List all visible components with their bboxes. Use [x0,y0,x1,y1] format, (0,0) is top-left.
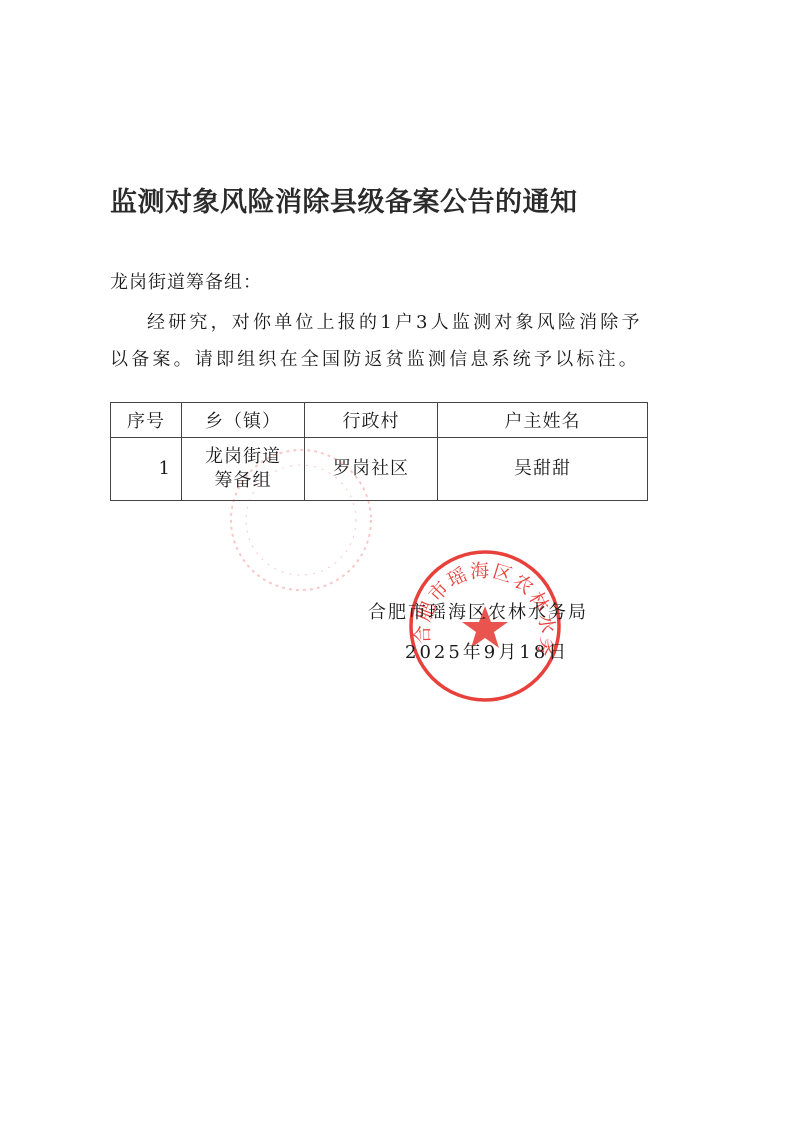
issuing-authority: 合肥市瑶海区农林水务局 [368,598,588,624]
header-index: 序号 [111,403,182,438]
official-seal-icon: 合肥市瑶海区农林水务局 [407,548,563,704]
document-title: 监测对象风险消除县级备案公告的通知 [110,180,670,219]
header-village: 行政村 [305,403,438,438]
cell-town: 龙岗街道 筹备组 [182,438,305,501]
issue-date: 2025年9月18日 [405,638,569,664]
body-paragraph-line-1: 经研究，对你单位上报的1户3人监测对象风险消除予 [147,308,643,334]
addressee: 龙岗街道筹备组： [110,268,262,294]
cell-village: 罗岗社区 [305,438,438,501]
header-town: 乡（镇） [182,403,305,438]
cell-town-line-2: 筹备组 [182,469,304,493]
cell-town-line-1: 龙岗街道 [182,445,304,469]
body-paragraph-line-2: 以备案。请即组织在全国防返贫监测信息系统予以标注。 [110,345,640,371]
table-row: 1 龙岗街道 筹备组 罗岗社区 吴甜甜 [111,438,648,501]
cell-householder: 吴甜甜 [438,438,648,501]
header-householder: 户主姓名 [438,403,648,438]
table-header-row: 序号 乡（镇） 行政村 户主姓名 [111,403,648,438]
records-table: 序号 乡（镇） 行政村 户主姓名 1 龙岗街道 筹备组 罗岗社区 吴甜甜 [110,402,648,501]
cell-index: 1 [111,438,182,501]
